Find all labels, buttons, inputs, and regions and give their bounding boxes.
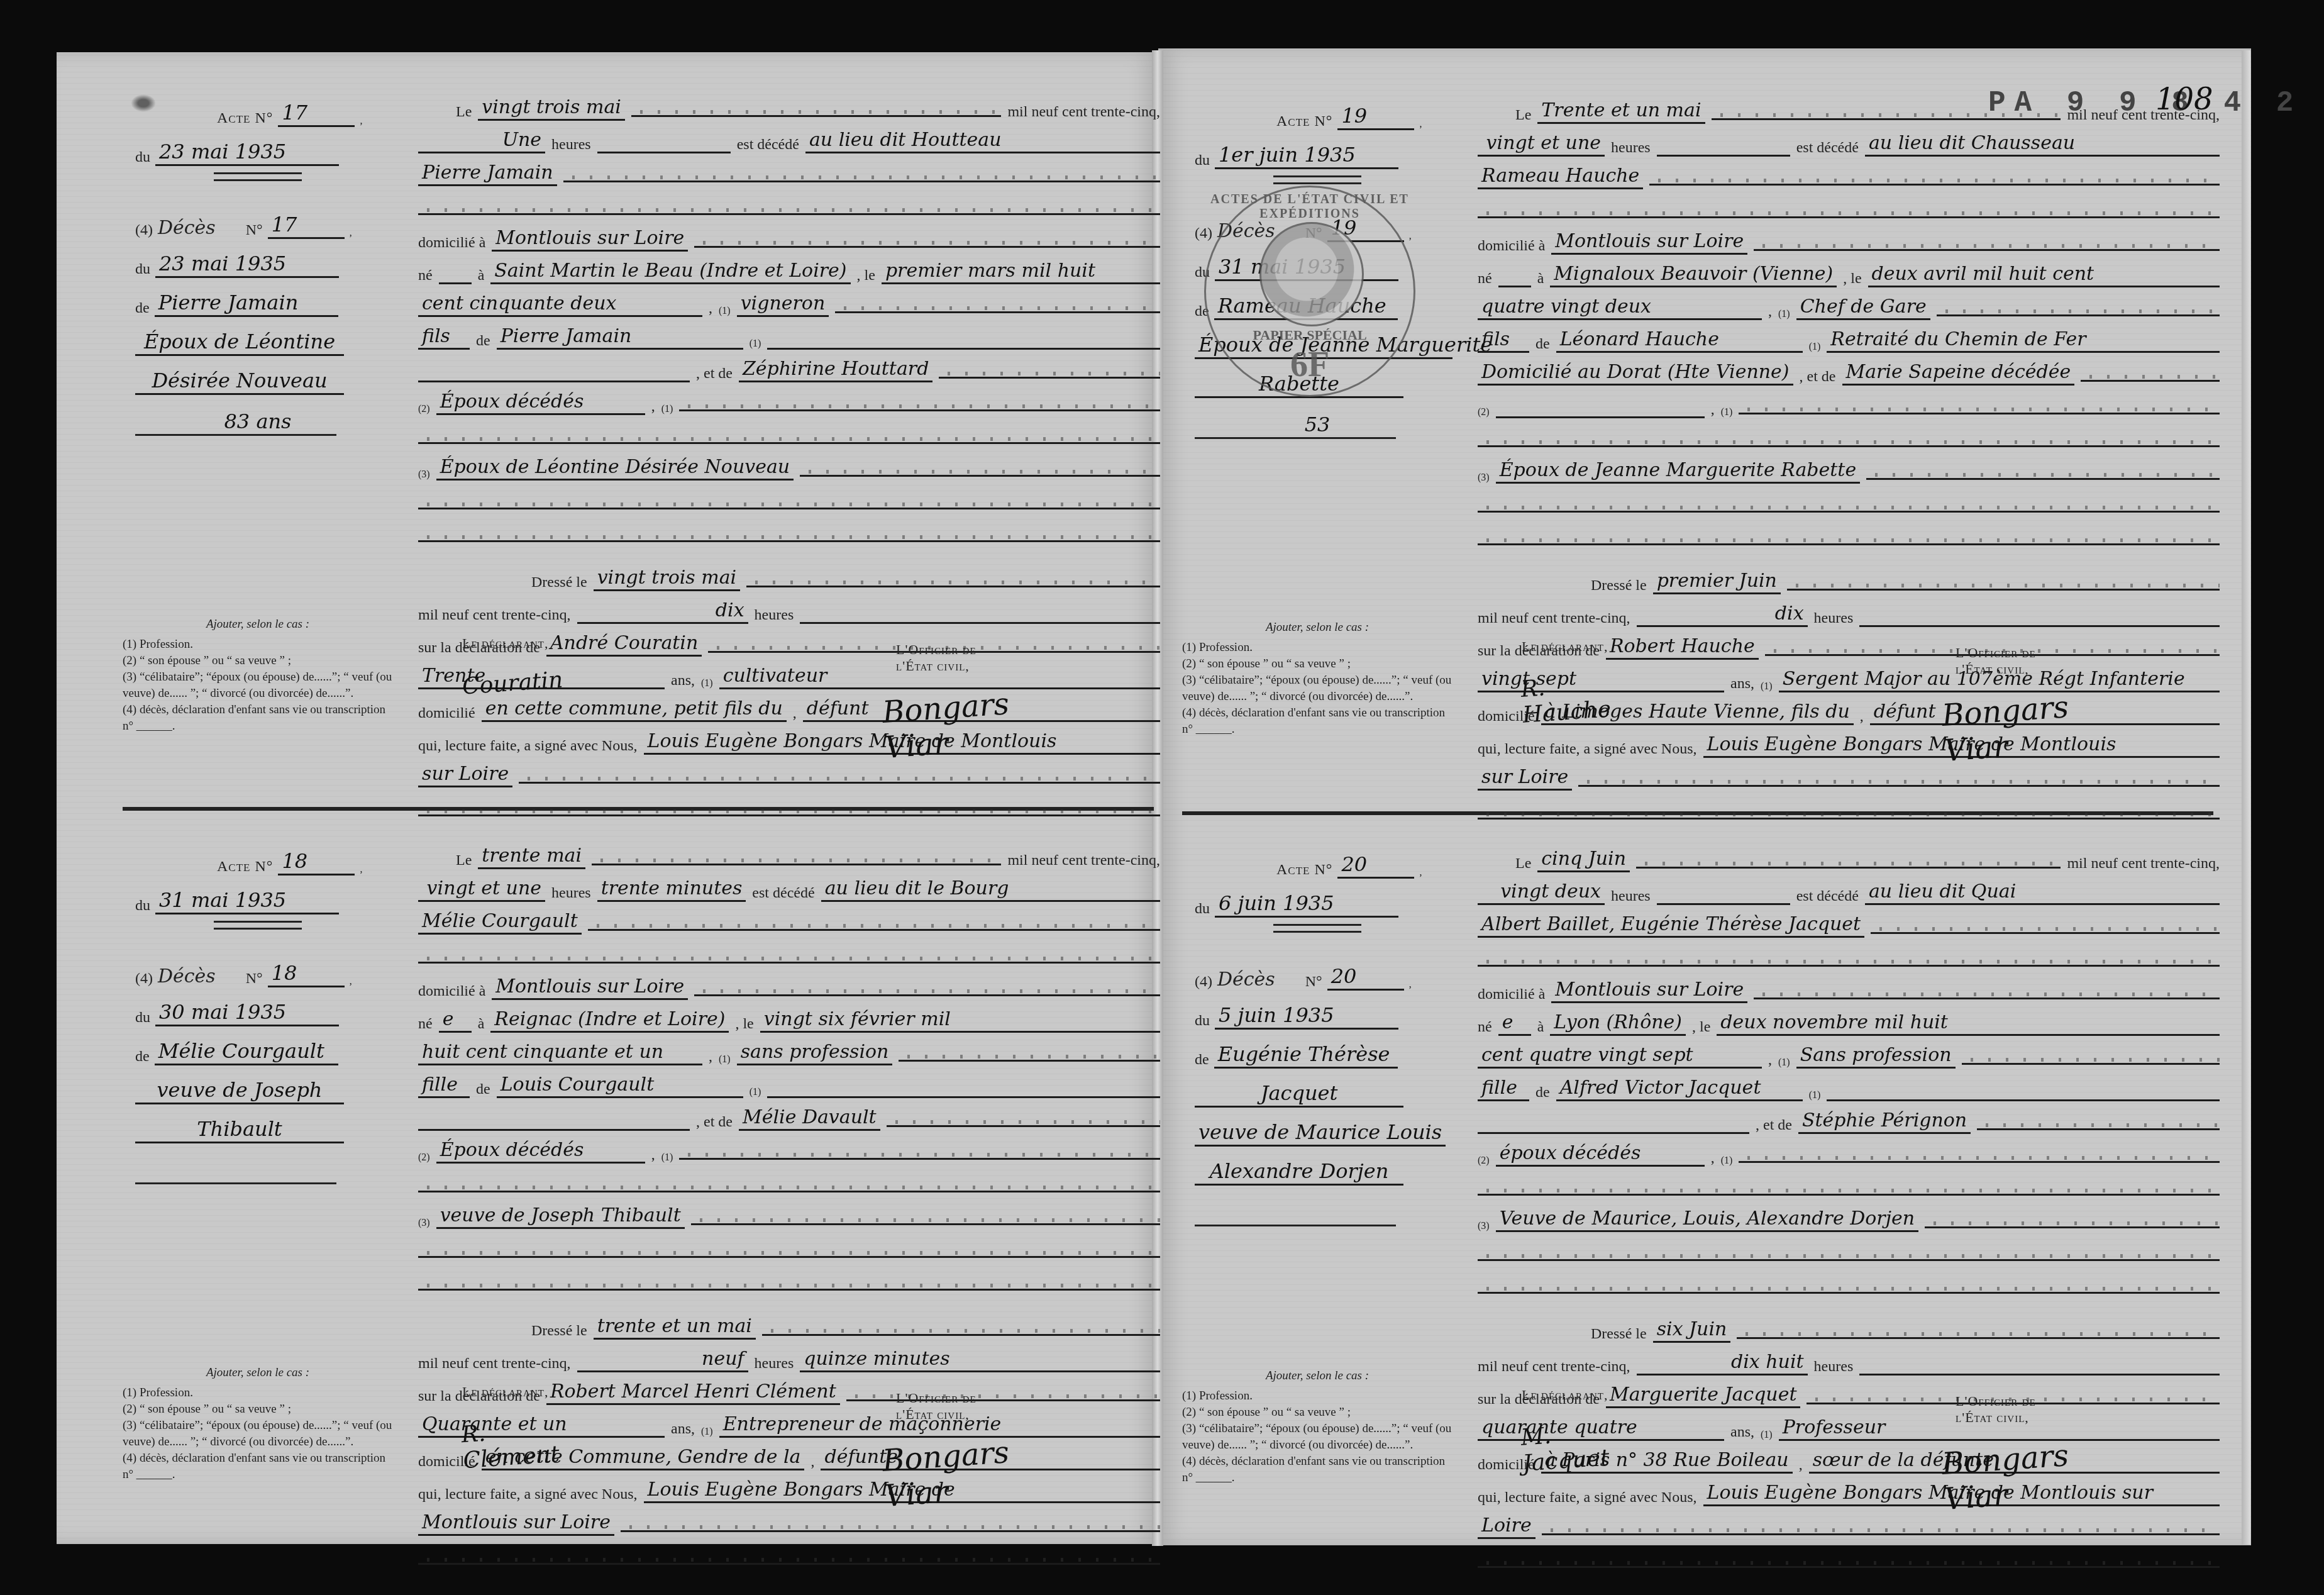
acte-number-label: Acte N° [1276,113,1332,130]
parents-status [1496,394,1705,418]
death-minutes [1657,132,1790,157]
deceased-profession: sans profession [737,1041,893,1065]
mother-name: Mélie Davault [739,1106,880,1131]
margin-deceased-name: Eugénie Thérèse [1214,1042,1398,1069]
death-date-words: cinq Juin [1537,848,1630,872]
drawn-up-hour: dix [577,599,748,624]
death-hour: Une [418,129,545,153]
margin-note-line: veuve de Joseph [135,1078,344,1104]
deceased-name: Rameau Hauche [1478,165,1643,189]
father-domicile [1478,1109,1749,1134]
double-rule [1273,175,1361,184]
death-minutes [597,129,731,153]
acte-date: 31 mai 1935 [155,888,339,914]
footnotes: Ajouter, selon le cas : (1) Profession. … [1182,620,1452,738]
acte-number: 17 [278,101,355,127]
drawn-up-date: vingt trois mai [594,567,741,591]
officer-name-line-2: sur Loire [418,763,512,787]
death-hour: vingt et une [1478,132,1605,157]
born-suffix: e [1498,1011,1531,1036]
death-place: au lieu dit le Bourg [821,877,1160,902]
margin-extra-lines: Jacquetveuve de Maurice LouisAlexandre D… [1182,1069,1452,1186]
margin-age-line: 83 ans [123,395,393,434]
birthplace: Mignaloux Beauvoir (Vienne) [1550,263,1837,287]
death-hour: vingt et une [418,877,545,902]
acte-number: 20 [1337,852,1414,879]
declarant-signature: R. Clément [460,1416,560,1474]
deces-label: Décès [158,217,216,239]
margin-deceased-name: Pierre Jamain [155,291,338,317]
death-place: au lieu dit Quai [1865,881,2220,905]
death-minutes [1657,881,1790,905]
birthdate-part-2: cent cinquante deux [418,292,702,317]
death-minutes: trente minutes [597,877,746,902]
deces-number: 20 [1327,964,1404,991]
deceased-profession: Chef de Gare [1796,296,1930,320]
deceased-name: Pierre Jamain [418,162,557,186]
margin-note-line: Désirée Nouveau [135,369,344,395]
deceased-domicile: Montlouis sur Loire [492,975,688,1000]
officer-signature-block: L'Officier de l'État civil, Bongars Viar [896,1390,1010,1509]
birthdate-part-2: huit cent cinquante et un [418,1041,702,1065]
father-profession: Retraité du Chemin de Fer [1827,328,2220,353]
double-rule [214,172,302,181]
margin-age [1310,1200,1324,1225]
mother-name: Marie Sapeine décédée [1842,361,2075,386]
deces-number: 17 [268,213,345,239]
officer-signature-block: L'Officier de l'État civil, Bongars Viar [896,642,1010,761]
birthdate-part-2: cent quatre vingt sept [1478,1044,1762,1069]
drawn-up-hour: dix huit [1637,1351,1808,1375]
born-suffix [1498,263,1531,287]
drawn-up-date: six Juin [1653,1318,1731,1343]
declarant-signature-block: Le déclarant, M. Jacquet [1522,1387,1608,1474]
death-date-words: trente mai [478,845,585,869]
birthplace: Reignac (Indre et Loire) [490,1008,729,1033]
acte-number-label: Acte N° [1276,862,1332,879]
spouse-status: Époux de Léontine Désirée Nouveau [436,456,794,481]
birthdate-part-1: deux avril mil huit cent [1868,263,2220,287]
marianne-medallion-icon [1259,222,1364,326]
declarant-signature-block: Le déclarant, Couratin [462,635,563,696]
death-date-words: Trente et un mai [1537,99,1705,124]
born-suffix [439,260,472,284]
margin-age: 83 ans [221,409,296,434]
father-profession [767,1074,1160,1098]
footnotes: Ajouter, selon le cas : (1) Profession. … [123,616,393,735]
acte-number-label: Acte N° [217,859,273,875]
declarant-signature-block: Le déclarant, R. Hauche [1522,638,1610,725]
double-rule [1273,924,1361,933]
officer-signature-block: L'Officier de l'État civil, Bongars Viar [1956,1393,2070,1513]
birthdate-part-1: premier mars mil huit [882,260,1160,284]
deces-date: 30 mai 1935 [155,1000,339,1026]
act-margin: Acte N° 17, du 23 mai 1935 (4) Décès N° … [123,88,393,436]
deces-date: 23 mai 1935 [155,252,339,278]
margin-extra-lines: Époux de LéontineDésirée Nouveau [123,317,393,395]
child-word: fille [418,1074,470,1098]
declarant-signature: Couratin [462,667,564,699]
margin-deceased-name: Mélie Courgault [155,1039,338,1065]
father-profession [767,325,1160,350]
birthplace: Lyon (Rhône) [1550,1011,1686,1036]
drawn-up-date: trente et un mai [594,1315,756,1340]
death-date-words: vingt trois mai [478,96,625,121]
drawn-up-minutes: quinze minutes [800,1348,1160,1372]
spouse-status: veuve de Joseph Thibault [436,1204,685,1229]
double-rule [214,921,302,930]
declarant-domicile: en cette commune, petit fils du [482,697,787,722]
officer-name-line-2: sur Loire [1478,766,1572,791]
deces-number: 18 [268,961,345,987]
birthplace: Saint Martin le Beau (Indre et Loire) [490,260,850,284]
birthdate-part-1: deux novembre mil huit [1717,1011,2220,1036]
spouse-status: Veuve de Maurice, Louis, Alexandre Dorje… [1496,1208,1918,1232]
drawn-up-minutes [1859,603,2220,627]
father-profession [1827,1077,2220,1101]
acte-number-label: Acte N° [217,110,273,127]
officer-signature: Bongars Viar [881,1435,1012,1514]
officer-name-line-2: Montlouis sur Loire [418,1511,614,1536]
fiscal-stamp: ACTES DE L'ÉTAT CIVIL ET EXPÉDITIONS PAP… [1204,186,1415,397]
mother-name: Stéphie Pérignon [1798,1109,1971,1134]
declarant-name: Marguerite Jacquet [1606,1384,1801,1408]
declarant-name: Robert Marcel Henri Clément [546,1381,840,1405]
deceased-profession: Sans profession [1796,1044,1956,1069]
margin-note-line: Époux de Léontine [135,330,344,356]
margin-note-line: Alexandre Dorjen [1195,1159,1403,1186]
father-name: Léonard Hauche [1556,328,1803,353]
father-domicile [418,358,690,382]
father-name: Pierre Jamain [497,325,743,350]
margin-age-line [1182,1186,1452,1225]
officer-signature: Bongars Viar [881,686,1012,765]
birthdate-part-1: vingt six février mil [760,1008,1160,1033]
acte-date: 6 juin 1935 [1215,891,1398,918]
margin-age-line [123,1143,393,1182]
spouse-status: Époux de Jeanne Marguerite Rabette [1496,459,1861,484]
margin-note-line: Jacquet [1195,1081,1403,1108]
parents-status: Époux décédés [436,1139,645,1164]
declarant-signature-block: Le déclarant, R. Clément [462,1384,558,1470]
drawn-up-minutes [800,599,1160,624]
drawn-up-hour: dix [1637,603,1808,627]
footnotes: Ajouter, selon le cas : (1) Profession. … [123,1365,393,1483]
deceased-domicile: Montlouis sur Loire [1551,230,1747,255]
deceased-profession: vigneron [737,292,829,317]
parents-status: époux décédés [1496,1142,1705,1167]
declarant-name: André Couratin [546,632,702,657]
parents-status: Époux décédés [436,391,645,415]
act-margin: Acte N° 20, du 6 juin 1935 (4) Décès N° … [1182,840,1452,1226]
act-margin: Acte N° 18, du 31 mai 1935 (4) Décès N° … [123,836,393,1184]
mother-name: Zéphirine Houttard [739,358,932,382]
deceased-domicile: Montlouis sur Loire [1551,979,1747,1003]
acte-date: 23 mai 1935 [155,140,339,166]
margin-note-line: veuve de Maurice Louis [1195,1120,1446,1147]
deces-label: Décès [1217,969,1275,991]
birthdate-part-2: quatre vingt deux [1478,296,1762,320]
father-name: Alfred Victor Jacquet [1556,1077,1803,1101]
death-place: au lieu dit Chausseau [1865,132,2220,157]
acte-date: 1er juin 1935 [1215,143,1398,169]
drawn-up-date: premier Juin [1653,570,1781,594]
deces-date: 5 juin 1935 [1215,1003,1398,1030]
officer-signature-block: L'Officier de l'État civil, Bongars Viar [1956,645,2070,764]
acte-number: 19 [1337,104,1414,130]
acte-number: 18 [278,849,355,875]
declarant-signature: M. Jacquet [1520,1419,1610,1476]
officer-signature: Bongars Viar [1940,1438,2072,1517]
born-suffix: e [439,1008,472,1033]
death-hour: vingt deux [1478,881,1605,905]
deces-label: Décès [158,965,216,987]
officer-name-line-2: Loire [1478,1514,1535,1539]
child-word: fille [1478,1077,1529,1101]
child-word: fils [1478,328,1529,353]
margin-age-line: 53 [1182,398,1452,437]
death-place: au lieu dit Houtteau [805,129,1160,153]
margin-note-line: Thibault [135,1117,344,1143]
declarant-name: Robert Hauche [1606,635,1759,660]
footnotes: Ajouter, selon le cas : (1) Profession. … [1182,1368,1452,1486]
margin-extra-lines: veuve de JosephThibault [123,1065,393,1143]
deceased-domicile: Montlouis sur Loire [492,227,688,252]
officer-signature: Bongars Viar [1940,689,2072,769]
drawn-up-hour: neuf [577,1348,748,1372]
drawn-up-minutes [1859,1351,2220,1375]
deceased-name: Mélie Courgault [418,910,582,935]
margin-age: 53 [1301,413,1334,437]
father-domicile: Domicilié au Dorat (Hte Vienne) [1478,361,1793,386]
father-name: Louis Courgault [497,1074,743,1098]
child-word: fils [418,325,470,350]
act-body: Le vingt trois mai mil neuf cent trente-… [418,88,1160,820]
father-domicile [418,1106,690,1131]
margin-age [251,1158,265,1182]
page-edge [2242,50,2250,1545]
declarant-signature: R. Hauche [1520,670,1612,728]
deceased-name: Albert Baillet, Eugénie Thérèse Jacquet [1478,913,1864,938]
